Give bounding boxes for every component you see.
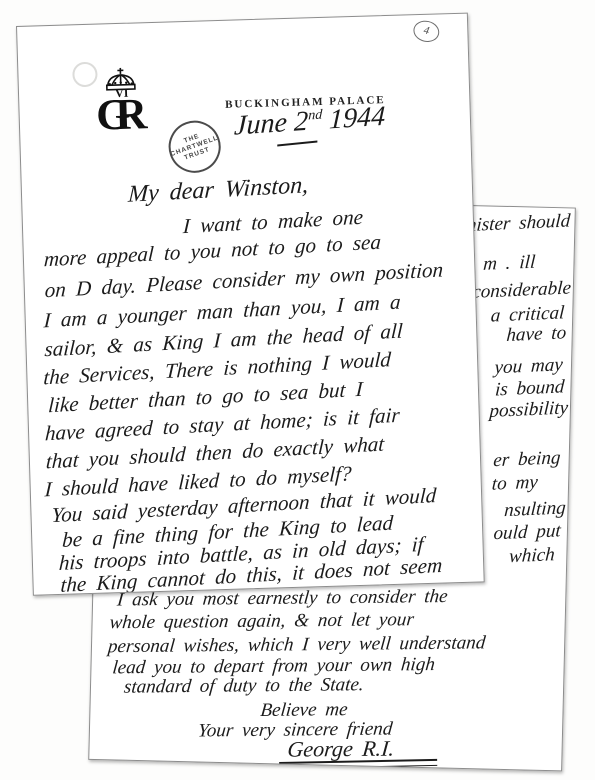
handwriting-fragment: considerable (471, 278, 571, 304)
handwriting-line: standard of duty to the State. (123, 674, 365, 698)
letter-scan: nister should m . ill considerable a cri… (0, 0, 595, 780)
salutation: My dear Winston, (127, 172, 309, 208)
date-month-day: June 2 (233, 106, 308, 142)
page-number-annotation: 4 (411, 18, 441, 44)
royal-cypher: GR VI (88, 63, 154, 136)
date-year: 1944 (328, 101, 385, 136)
handwriting-line: whole question again, & not let your (109, 609, 415, 634)
handwriting-fragment: m . ill (483, 252, 536, 276)
handwriting-fragment: you may (494, 354, 564, 379)
handwriting-fragment: nsulting (503, 497, 566, 522)
handwriting-fragment: er being (493, 447, 562, 472)
signature: George R.I. (286, 736, 395, 763)
handwriting-fragment: to my (491, 472, 538, 496)
letter-page-1: 4 GR VI (16, 13, 485, 596)
handwriting-fragment: which (508, 544, 555, 568)
handwriting-fragment: have to (505, 322, 566, 347)
date-underline (277, 140, 317, 146)
regnal-numeral: VI (115, 86, 129, 101)
handwriting-fragment: possibility (489, 397, 569, 422)
date-ordinal: nd (308, 108, 323, 124)
handwriting-fragment: ould put (493, 520, 562, 545)
chartwell-trust-stamp: THE CHARTWELL TRUST (161, 114, 227, 180)
handwriting-fragment: nister should (467, 210, 572, 237)
